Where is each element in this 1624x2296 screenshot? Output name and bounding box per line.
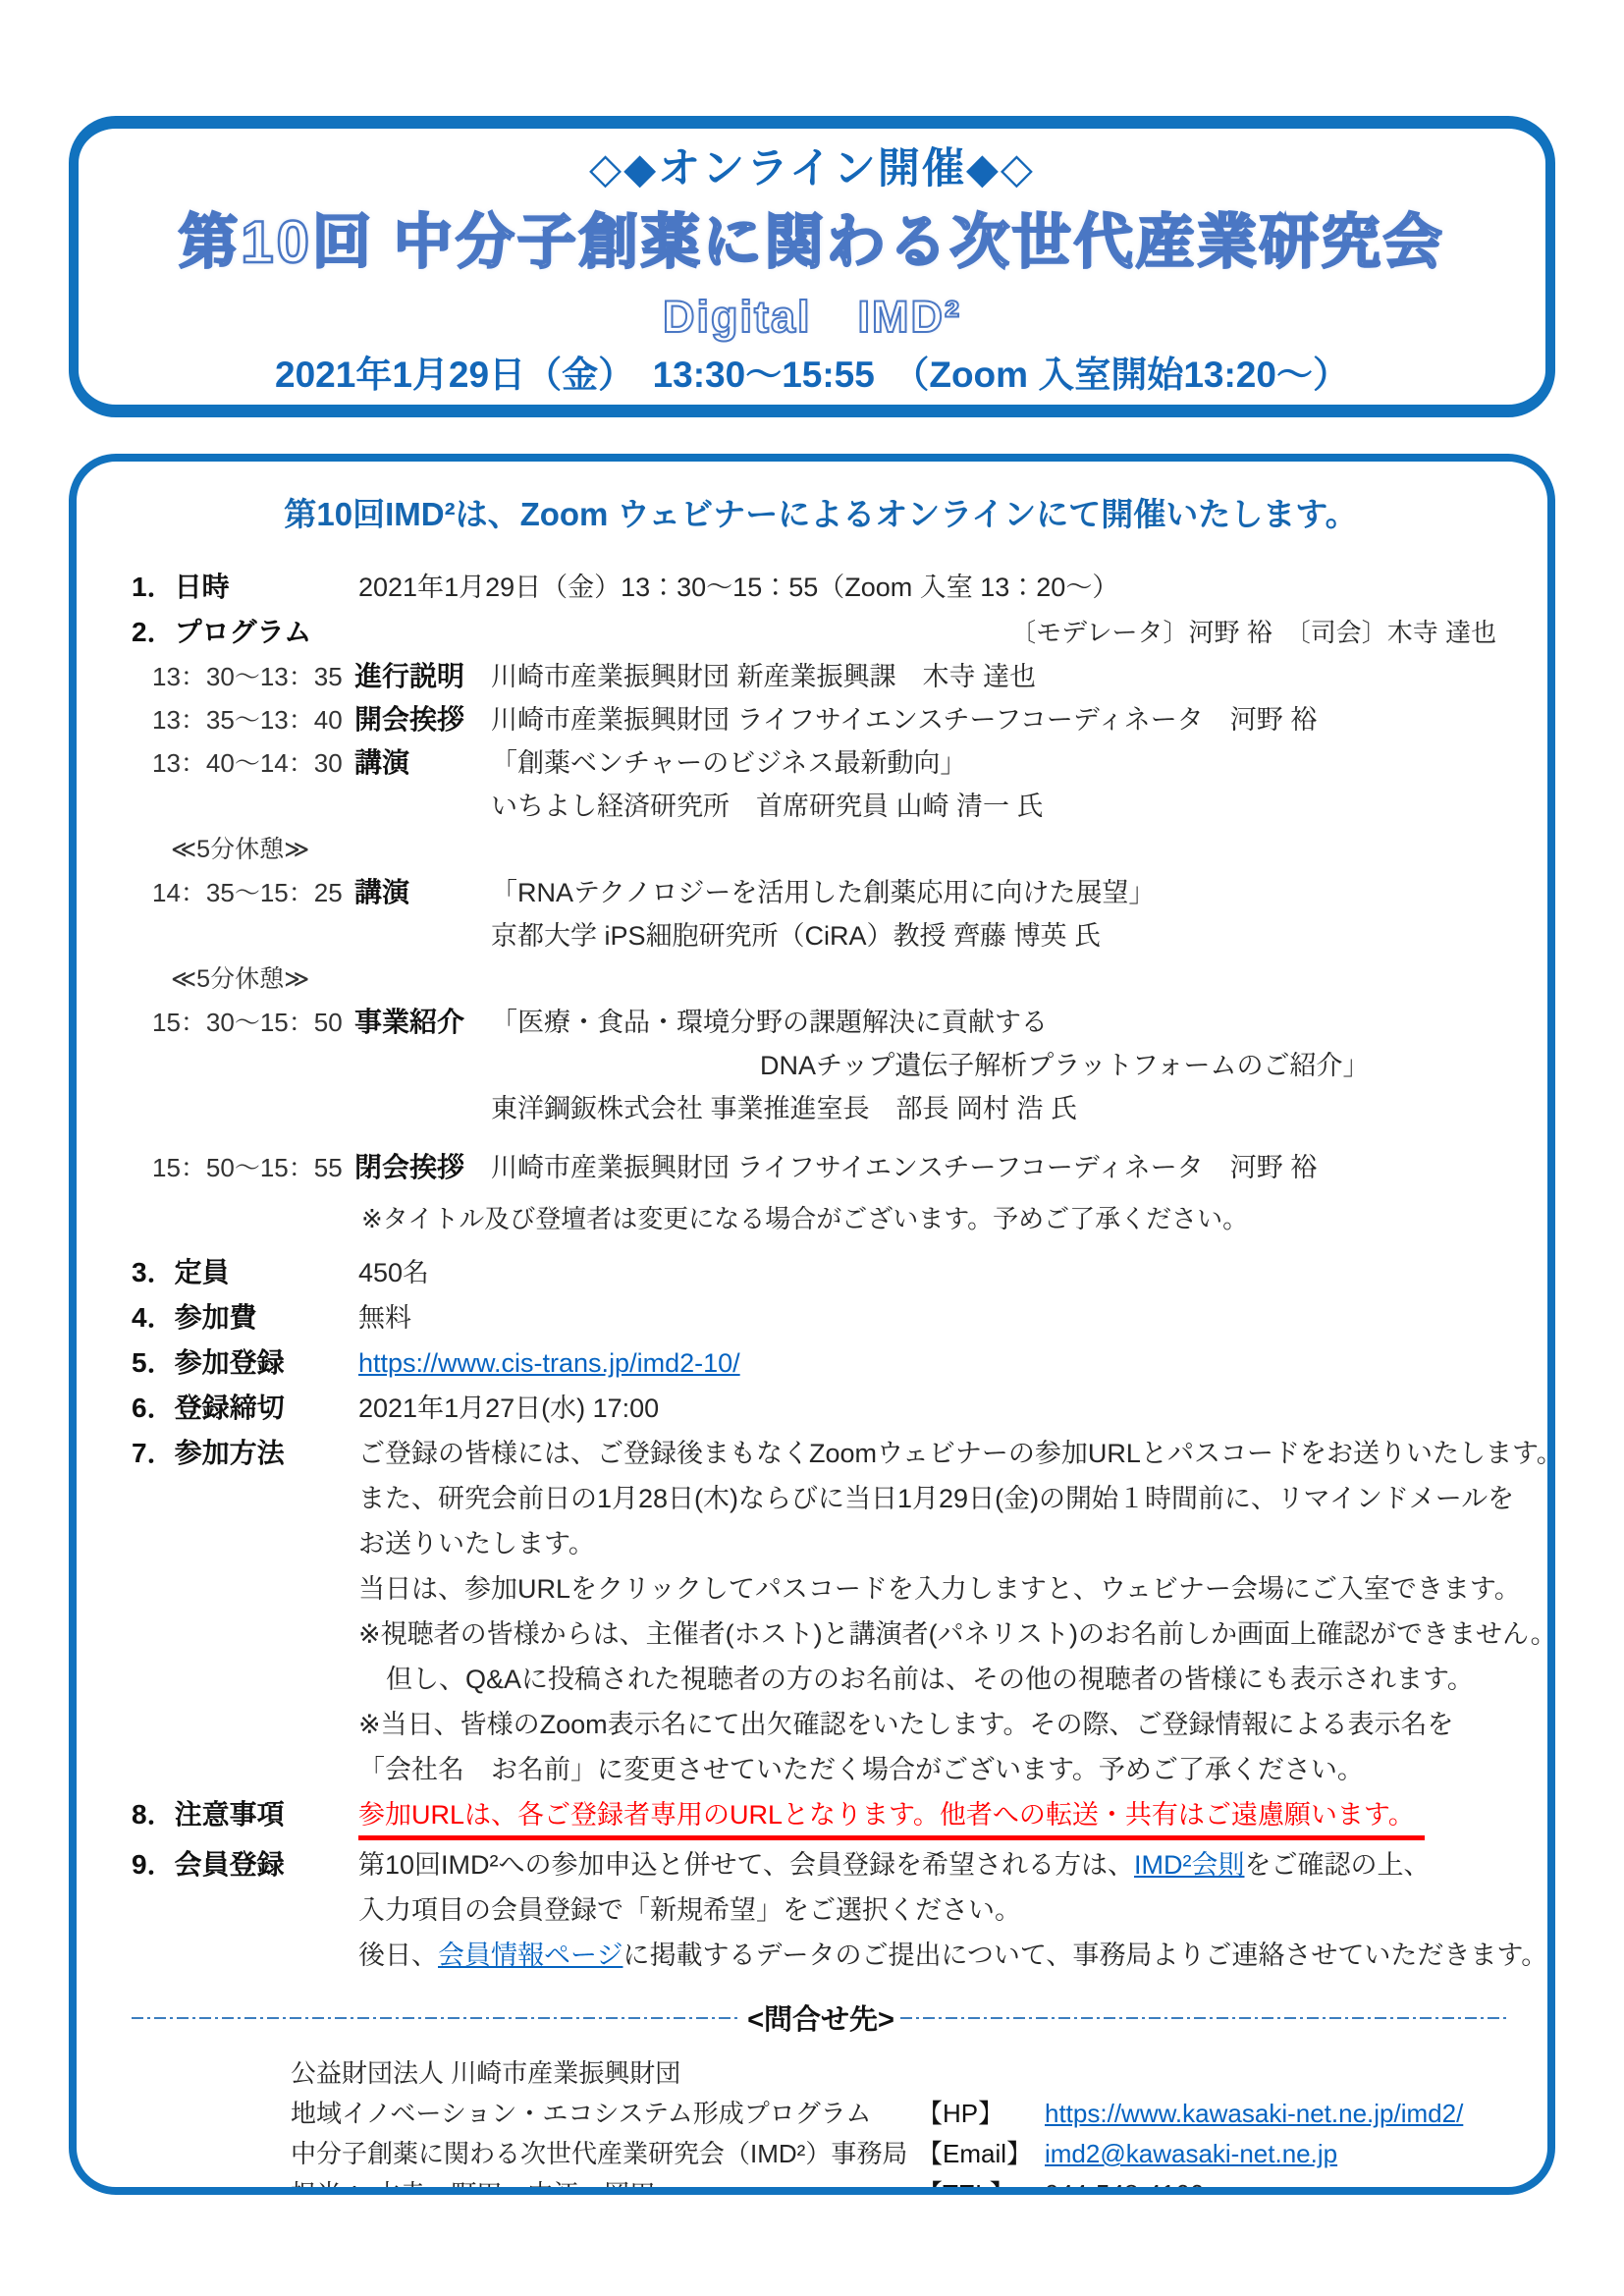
method-line: 但し、Q&Aに投稿された視聴者の方のお名前は、その他の視聴者の皆様にも表示されま… <box>358 1657 1510 1702</box>
program-break-note: ≪5分休憩≫ <box>171 957 1510 1001</box>
contact-org: 地域イノベーション・エコシステム形成プログラム <box>291 2094 917 2134</box>
section-fee-value: 無料 <box>358 1295 1510 1340</box>
method-line: また、研究会前日の1月28日(木)ならびに当日1月29日(金)の開始１時間前に、… <box>358 1476 1510 1521</box>
section-deadline: 6．登録締切 2021年1月27日(水) 17:00 <box>132 1386 1510 1431</box>
membership-line3-post: に掲載するデータのご提出について、事務局よりご連絡させていただきます。 <box>623 1941 1547 1970</box>
method-line: 当日は、参加URLをクリックしてパスコードを入力しますと、ウェビナー会場にご入室… <box>358 1566 1510 1612</box>
section-datetime-label: 1．日時 <box>132 565 358 610</box>
program-desc: 川崎市産業振興財団 ライフサイエンスチーフコーディネータ 河野 裕 <box>491 1146 1510 1189</box>
method-line: ※視聴者の皆様からは、主催者(ホスト)と講演者(パネリスト)のお名前しか画面上確… <box>358 1612 1510 1657</box>
contact-divider-label: <問合せ先> <box>741 1997 900 2038</box>
event-datetime: 2021年1月29日（金） 13:30～15:55 （Zoom 入室開始13:2… <box>275 345 1349 398</box>
contact-email-link[interactable]: imd2@kawasaki-net.ne.jp <box>1045 2139 1337 2168</box>
section-capacity-label: 3．定員 <box>132 1250 358 1295</box>
section-deadline-value: 2021年1月27日(水) 17:00 <box>358 1386 1510 1431</box>
section-caution: 8．注意事項 参加URLは、各ご登録者専用のURLとなります。他者への転送・共有… <box>132 1792 1510 1842</box>
section-fee: 4．参加費 無料 <box>132 1295 1510 1340</box>
document-page: ◇◆オンライン開催◆◇ 第10回 中分子創薬に関わる次世代産業研究会 Digit… <box>0 0 1624 2296</box>
program-break-note: ≪5分休憩≫ <box>171 828 1510 871</box>
program-row: 15：30～15：50 事業紹介 「医療・食品・環境分野の課題解決に貢献する <box>152 1001 1510 1044</box>
online-event-kicker: ◇◆オンライン開催◆◇ <box>589 136 1035 195</box>
program-category: 事業紹介 <box>354 1001 491 1044</box>
membership-line: 後日、会員情報ページに掲載するデータのご提出について、事務局よりご連絡させていた… <box>358 1933 1510 1978</box>
program-time: 15：50～15：55 <box>152 1146 354 1189</box>
program-row: 14：35～15：25 講演 「RNAテクノロジーを活用した創薬応用に向けた展望… <box>152 871 1510 914</box>
program-speaker: 京都大学 iPS細胞研究所（CiRA）教授 齊藤 博英 氏 <box>491 914 1510 957</box>
section-method-label: 7．参加方法 <box>132 1431 358 1476</box>
program-desc: 「RNAテクノロジーを活用した創薬応用に向けた展望」 <box>491 871 1510 914</box>
program-time: 13：30～13：35 <box>152 655 354 698</box>
event-subtitle: Digital IMD² <box>663 281 961 345</box>
contact-org: 担当： 木寺、町田、中江、岡田 <box>291 2174 917 2195</box>
membership-line1-post: をご確認の上、 <box>1244 1850 1430 1880</box>
program-moderator: 〔モデレータ〕河野 裕 〔司会〕木寺 達也 <box>358 610 1510 655</box>
contact-row: 中分子創薬に関わる次世代産業研究会（IMD²）事務局 【Email】 imd2@… <box>291 2134 1510 2174</box>
program-time: 13：35～13：40 <box>152 698 354 741</box>
contact-row: 公益財団法人 川崎市産業振興財団 <box>291 2053 1510 2094</box>
contact-divider: <問合せ先> <box>132 1997 1510 2038</box>
program-time: 14：35～15：25 <box>152 871 354 914</box>
section-datetime: 1．日時 2021年1月29日（金）13：30～15：55（Zoom 入室 13… <box>132 565 1510 610</box>
section-membership-label: 9．会員登録 <box>132 1842 358 1887</box>
contact-tel-value: 044-548-4166 <box>1045 2174 1510 2195</box>
program-time: 13：40～14：30 <box>152 741 354 785</box>
program-desc: 「医療・食品・環境分野の課題解決に貢献する <box>491 1001 1510 1044</box>
contact-org: 公益財団法人 川崎市産業振興財団 <box>291 2053 917 2094</box>
method-line: ご登録の皆様には、ご登録後まもなくZoomウェビナーの参加URLとパスコードをお… <box>358 1431 1555 1476</box>
program-row: 13：30～13：35 進行説明 川崎市産業振興財団 新産業振興課 木寺 達也 <box>152 655 1510 698</box>
program-desc: 「創薬ベンチャーのビジネス最新動向」 <box>491 741 1510 785</box>
section-capacity: 3．定員 450名 <box>132 1250 1510 1295</box>
contact-bracket-tel: 【TEL】 <box>917 2174 1045 2195</box>
details-box: 第10回IMD²は、Zoom ウェビナーによるオンラインにて開催いたします。 1… <box>69 454 1555 2195</box>
section-registration: 5．参加登録 https://www.cis-trans.jp/imd2-10/ <box>132 1340 1510 1386</box>
program-category: 閉会挨拶 <box>354 1146 491 1189</box>
contact-bracket-email: 【Email】 <box>917 2134 1045 2174</box>
membership-line: 入力項目の会員登録で「新規希望」をご選択ください。 <box>358 1887 1510 1933</box>
member-info-page-link[interactable]: 会員情報ページ <box>438 1941 623 1970</box>
program-row: 13：35～13：40 開会挨拶 川崎市産業振興財団 ライフサイエンスチーフコー… <box>152 698 1510 741</box>
section-datetime-value: 2021年1月29日（金）13：30～15：55（Zoom 入室 13：20～） <box>358 565 1510 610</box>
section-method: 7．参加方法 ご登録の皆様には、ご登録後まもなくZoomウェビナーの参加URLと… <box>132 1431 1510 1476</box>
program-category: 進行説明 <box>354 655 491 698</box>
program-time: 15：30～15：50 <box>152 1001 354 1044</box>
event-title: 第10回 中分子創薬に関わる次世代産業研究会 <box>179 195 1444 280</box>
program-speaker: 東洋鋼鈑株式会社 事業推進室長 部長 岡村 浩 氏 <box>491 1087 1510 1130</box>
membership-line: 第10回IMD²への参加申込と併せて、会員登録を希望される方は、IMD²会則をご… <box>358 1842 1510 1887</box>
contact-footer: <問合せ先> 公益財団法人 川崎市産業振興財団 地域イノベーション・エコシステム… <box>132 1978 1510 2195</box>
program-desc-continued: DNAチップ遺伝子解析プラットフォームのご紹介」 <box>760 1044 1510 1087</box>
caution-alert-text: 参加URLは、各ご登録者専用のURLとなります。他者への転送・共有はご遠慮願いま… <box>358 1798 1425 1840</box>
membership-line1-pre: 第10回IMD²への参加申込と併せて、会員登録を希望される方は、 <box>358 1850 1134 1880</box>
section-membership: 9．会員登録 第10回IMD²への参加申込と併せて、会員登録を希望される方は、I… <box>132 1842 1510 1887</box>
membership-line3-pre: 後日、 <box>358 1941 438 1970</box>
program-category: 講演 <box>354 871 491 914</box>
program-desc: 川崎市産業振興財団 ライフサイエンスチーフコーディネータ 河野 裕 <box>491 698 1510 741</box>
method-line: お送りいたします。 <box>358 1521 1510 1566</box>
intro-note: 第10回IMD²は、Zoom ウェビナーによるオンラインにて開催いたします。 <box>132 489 1510 535</box>
section-program: 2．プログラム 〔モデレータ〕河野 裕 〔司会〕木寺 達也 <box>132 610 1510 655</box>
method-line: 「会社名 お名前」に変更させていただく場合がございます。予めご了承ください。 <box>358 1747 1510 1792</box>
section-fee-label: 4．参加費 <box>132 1295 358 1340</box>
program-change-note: ※タイトル及び登壇者は変更になる場合がございます。予めご了承ください。 <box>361 1197 1510 1240</box>
program-speaker: いちよし経済研究所 首席研究員 山崎 清一 氏 <box>491 785 1510 828</box>
section-registration-label: 5．参加登録 <box>132 1340 358 1386</box>
section-deadline-label: 6．登録締切 <box>132 1386 358 1431</box>
program-row: 15：50～15：55 閉会挨拶 川崎市産業振興財団 ライフサイエンスチーフコー… <box>152 1146 1510 1189</box>
method-line: ※当日、皆様のZoom表示名にて出欠確認をいたします。その際、ご登録情報による表… <box>358 1702 1510 1747</box>
section-caution-label: 8．注意事項 <box>132 1792 358 1837</box>
header-box: ◇◆オンライン開催◆◇ 第10回 中分子創薬に関わる次世代産業研究会 Digit… <box>69 116 1555 417</box>
registration-url-link[interactable]: https://www.cis-trans.jp/imd2-10/ <box>358 1348 740 1378</box>
program-category: 開会挨拶 <box>354 698 491 741</box>
contact-row: 担当： 木寺、町田、中江、岡田 【TEL】 044-548-4166 <box>291 2174 1510 2195</box>
contact-hp-link[interactable]: https://www.kawasaki-net.ne.jp/imd2/ <box>1045 2099 1463 2128</box>
program-row: 13：40～14：30 講演 「創薬ベンチャーのビジネス最新動向」 <box>152 741 1510 785</box>
program-category: 講演 <box>354 741 491 785</box>
program-desc: 川崎市産業振興財団 新産業振興課 木寺 達也 <box>491 655 1510 698</box>
section-program-label: 2．プログラム <box>132 610 358 655</box>
imd2-rules-link[interactable]: IMD²会則 <box>1134 1850 1244 1880</box>
section-capacity-value: 450名 <box>358 1250 1510 1295</box>
contact-row: 地域イノベーション・エコシステム形成プログラム 【HP】 https://www… <box>291 2094 1510 2134</box>
contact-bracket-hp: 【HP】 <box>917 2094 1045 2134</box>
contact-org: 中分子創薬に関わる次世代産業研究会（IMD²）事務局 <box>291 2134 917 2174</box>
